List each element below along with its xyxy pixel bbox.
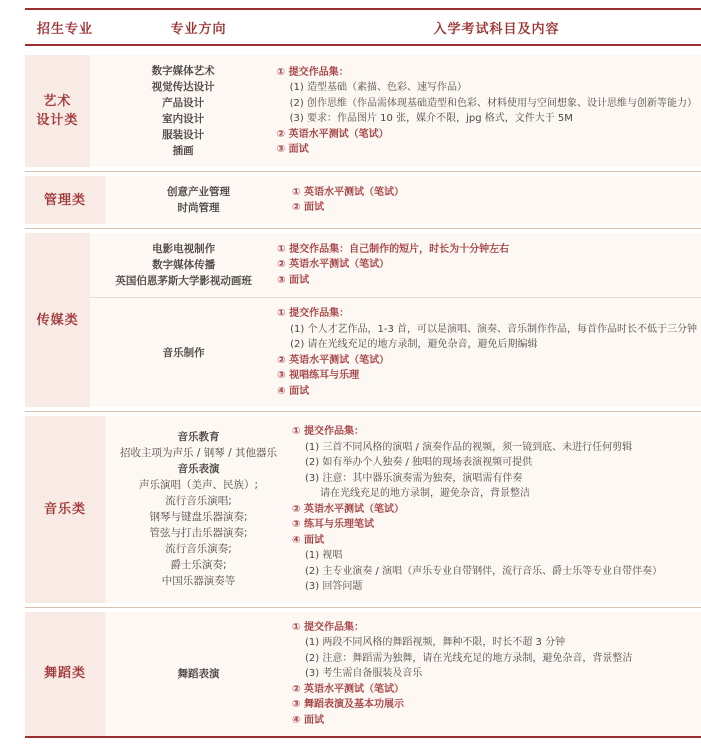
category-label: 管理类 xyxy=(44,191,86,210)
exam-content-line: (1) 两段不同风格的舞蹈视频，舞种不限，时长不超 3 分钟 xyxy=(292,635,697,651)
section-subrows: 电影电视制作数字媒体传播英国伯恩茅斯大学影视动画班① 提交作品集：自己制作的短片… xyxy=(90,233,701,407)
category-label-line: 设计类 xyxy=(36,111,78,130)
direction-item: 室内设计 xyxy=(90,111,277,127)
section-row: 音乐类音乐教育招收主项为声乐 / 钢琴 / 其他器乐音乐表演声乐演唱（美声、民族… xyxy=(25,416,701,603)
direction-item: 流行音乐演奏; xyxy=(105,541,292,557)
exam-content-line: (2) 创作思维（作品需体现基础造型和色彩、材料使用与空间想象、设计思维与创新等… xyxy=(277,96,697,112)
exam-content-line: ③ 练耳与乐理笔试 xyxy=(292,517,697,533)
exam-content-line: ② 英语水平测试（笔试） xyxy=(277,257,697,273)
category-label-line: 艺术 xyxy=(36,92,78,111)
exam-content-line: ① 提交作品集： xyxy=(292,424,697,440)
exam-content-line: (3) 要求：作品图片 10 张，媒介不限，jpg 格式，文件大于 5M xyxy=(277,111,697,127)
direction-item: 音乐制作 xyxy=(90,345,277,361)
category-label-line: 管理类 xyxy=(44,191,86,210)
direction-item: 声乐演唱（美声、民族）; xyxy=(105,477,292,493)
header-col-admission-major: 招生专业 xyxy=(25,18,105,37)
exam-content-list: ① 英语水平测试（笔试）② 面试 xyxy=(292,185,701,216)
exam-content-line: ① 提交作品集： xyxy=(277,306,697,322)
direction-item: 服装设计 xyxy=(90,127,277,143)
direction-item: 视觉传达设计 xyxy=(90,79,277,95)
direction-item: 音乐教育 xyxy=(105,429,292,445)
subrow: 舞蹈表演① 提交作品集：(1) 两段不同风格的舞蹈视频，舞种不限，时长不超 3 … xyxy=(105,612,701,737)
exam-content-line: ④ 面试 xyxy=(292,533,697,549)
exam-content-list: ① 提交作品集：(1) 个人才艺作品，1-3 首，可以是演唱、演奏、音乐制作作品… xyxy=(277,306,701,399)
category-cell: 艺术设计类 xyxy=(25,55,90,167)
header-col-exam-subjects: 入学考试科目及内容 xyxy=(292,18,701,37)
exam-content-list: ① 提交作品集：自己制作的短片，时长为十分钟左右② 英语水平测试（笔试）③ 面试 xyxy=(277,242,701,289)
direction-item: 舞蹈表演 xyxy=(105,666,292,682)
category-label: 音乐类 xyxy=(44,500,86,519)
direction-item: 产品设计 xyxy=(90,95,277,111)
exam-content-line: (1) 视唱 xyxy=(292,548,697,564)
exam-content-line: ① 提交作品集：自己制作的短片，时长为十分钟左右 xyxy=(277,242,697,258)
direction-item: 流行音乐演唱; xyxy=(105,493,292,509)
direction-list: 电影电视制作数字媒体传播英国伯恩茅斯大学影视动画班 xyxy=(90,241,277,289)
exam-content-line: (1) 个人才艺作品，1-3 首，可以是演唱、演奏、音乐制作作品，每首作品时长不… xyxy=(277,322,697,338)
subrow: 音乐制作① 提交作品集：(1) 个人才艺作品，1-3 首，可以是演唱、演奏、音乐… xyxy=(90,298,701,407)
category-label-line: 音乐类 xyxy=(44,500,86,519)
admission-exam-table-page: 招生专业 专业方向 入学考试科目及内容 艺术设计类数字媒体艺术视觉传达设计产品设… xyxy=(0,0,701,738)
direction-item: 爵士乐演奏; xyxy=(105,557,292,573)
category-label-line: 传媒类 xyxy=(37,311,79,330)
subrow: 音乐教育招收主项为声乐 / 钢琴 / 其他器乐音乐表演声乐演唱（美声、民族）;流… xyxy=(105,416,701,603)
direction-item: 音乐表演 xyxy=(105,461,292,477)
exam-content-line: (2) 如有举办个人独奏 / 独唱的现场表演视频可提供 xyxy=(292,455,697,471)
category-cell: 舞蹈类 xyxy=(25,612,105,737)
exam-content-line: ④ 面试 xyxy=(292,713,697,729)
section-divider xyxy=(25,224,701,233)
exam-content-line: ① 提交作品集： xyxy=(277,65,697,81)
exam-content-line: ② 面试 xyxy=(292,200,697,216)
exam-content-line: (2) 请在光线充足的地方录制，避免杂音，避免后期编辑 xyxy=(277,337,697,353)
direction-list: 音乐教育招收主项为声乐 / 钢琴 / 其他器乐音乐表演声乐演唱（美声、民族）;流… xyxy=(105,429,292,589)
section-row: 管理类创意产业管理时尚管理① 英语水平测试（笔试）② 面试 xyxy=(25,176,701,224)
sections-root: 艺术设计类数字媒体艺术视觉传达设计产品设计室内设计服装设计插画① 提交作品集：(… xyxy=(25,55,701,736)
section-divider xyxy=(25,407,701,416)
exam-content-line: ③ 舞蹈表演及基本功展示 xyxy=(292,697,697,713)
category-label: 艺术设计类 xyxy=(36,92,78,130)
category-label: 传媒类 xyxy=(37,311,79,330)
header-col-major-direction: 专业方向 xyxy=(105,18,292,37)
bottom-border xyxy=(25,736,701,738)
exam-content-line: ③ 面试 xyxy=(277,142,697,158)
category-cell: 管理类 xyxy=(25,176,105,224)
exam-content-line: (3) 考生需自备服装及音乐 xyxy=(292,666,697,682)
exam-content-line: ① 英语水平测试（笔试） xyxy=(292,185,697,201)
exam-content-list: ① 提交作品集：(1) 两段不同风格的舞蹈视频，舞种不限，时长不超 3 分钟(2… xyxy=(292,620,701,729)
exam-content-line: ① 提交作品集： xyxy=(292,620,697,636)
exam-content-line: ② 英语水平测试（笔试） xyxy=(292,502,697,518)
exam-content-line: ④ 面试 xyxy=(277,384,697,400)
direction-list: 创意产业管理时尚管理 xyxy=(105,184,292,216)
table-header: 招生专业 专业方向 入学考试科目及内容 xyxy=(25,8,701,46)
section-divider xyxy=(25,603,701,612)
direction-item: 电影电视制作 xyxy=(90,241,277,257)
direction-list: 舞蹈表演 xyxy=(105,666,292,682)
exam-content-line: (2) 注意：舞蹈需为独舞，请在光线充足的地方录制，避免杂音，背景整洁 xyxy=(292,651,697,667)
direction-item: 招收主项为声乐 / 钢琴 / 其他器乐 xyxy=(105,445,292,461)
direction-item: 管弦与打击乐器演奏; xyxy=(105,525,292,541)
section-row: 艺术设计类数字媒体艺术视觉传达设计产品设计室内设计服装设计插画① 提交作品集：(… xyxy=(25,55,701,167)
direction-list: 音乐制作 xyxy=(90,345,277,361)
section-row: 舞蹈类舞蹈表演① 提交作品集：(1) 两段不同风格的舞蹈视频，舞种不限，时长不超… xyxy=(25,612,701,737)
category-label: 舞蹈类 xyxy=(44,664,86,683)
section-subrows: 舞蹈表演① 提交作品集：(1) 两段不同风格的舞蹈视频，舞种不限，时长不超 3 … xyxy=(105,612,701,737)
subrow: 数字媒体艺术视觉传达设计产品设计室内设计服装设计插画① 提交作品集：(1) 造型… xyxy=(90,55,701,167)
exam-content-list: ① 提交作品集：(1) 三首不同风格的演唱 / 演奏作品的视频，须一镜到底、未进… xyxy=(292,424,701,595)
direction-item: 数字媒体艺术 xyxy=(90,63,277,79)
exam-content-line: (2) 主专业演奏 / 演唱（声乐专业自带钢伴，流行音乐、爵士乐等专业自带伴奏） xyxy=(292,564,697,580)
exam-content-line: 请在光线充足的地方录制，避免杂音，背景整洁 xyxy=(292,486,697,502)
exam-content-line: (3) 回答问题 xyxy=(292,579,697,595)
direction-item: 时尚管理 xyxy=(105,200,292,216)
exam-content-line: ② 英语水平测试（笔试） xyxy=(292,682,697,698)
exam-content-line: (3) 注意：其中器乐演奏需为独奏，演唱需有伴奏 xyxy=(292,471,697,487)
category-label-line: 舞蹈类 xyxy=(44,664,86,683)
direction-item: 数字媒体传播 xyxy=(90,257,277,273)
exam-content-line: ③ 视唱练耳与乐理 xyxy=(277,368,697,384)
exam-content-line: ③ 面试 xyxy=(277,273,697,289)
direction-item: 中国乐器演奏等 xyxy=(105,573,292,589)
direction-list: 数字媒体艺术视觉传达设计产品设计室内设计服装设计插画 xyxy=(90,63,277,159)
subrow: 电影电视制作数字媒体传播英国伯恩茅斯大学影视动画班① 提交作品集：自己制作的短片… xyxy=(90,233,701,297)
exam-content-list: ① 提交作品集：(1) 造型基础（素描、色彩、速写作品）(2) 创作思维（作品需… xyxy=(277,65,701,158)
exam-content-line: ② 英语水平测试（笔试） xyxy=(277,127,697,143)
section-subrows: 数字媒体艺术视觉传达设计产品设计室内设计服装设计插画① 提交作品集：(1) 造型… xyxy=(90,55,701,167)
direction-item: 钢琴与键盘乐器演奏; xyxy=(105,509,292,525)
exam-content-line: ② 英语水平测试（笔试） xyxy=(277,353,697,369)
section-divider xyxy=(25,167,701,176)
direction-item: 创意产业管理 xyxy=(105,184,292,200)
section-subrows: 音乐教育招收主项为声乐 / 钢琴 / 其他器乐音乐表演声乐演唱（美声、民族）;流… xyxy=(105,416,701,603)
direction-item: 插画 xyxy=(90,143,277,159)
subrow: 创意产业管理时尚管理① 英语水平测试（笔试）② 面试 xyxy=(105,176,701,224)
header-gap xyxy=(25,46,701,55)
direction-item: 英国伯恩茅斯大学影视动画班 xyxy=(90,273,277,289)
category-cell: 音乐类 xyxy=(25,416,105,603)
category-cell: 传媒类 xyxy=(25,233,90,407)
exam-content-line: (1) 三首不同风格的演唱 / 演奏作品的视频，须一镜到底、未进行任何剪辑 xyxy=(292,440,697,456)
section-row: 传媒类电影电视制作数字媒体传播英国伯恩茅斯大学影视动画班① 提交作品集：自己制作… xyxy=(25,233,701,407)
exam-content-line: (1) 造型基础（素描、色彩、速写作品） xyxy=(277,80,697,96)
section-subrows: 创意产业管理时尚管理① 英语水平测试（笔试）② 面试 xyxy=(105,176,701,224)
